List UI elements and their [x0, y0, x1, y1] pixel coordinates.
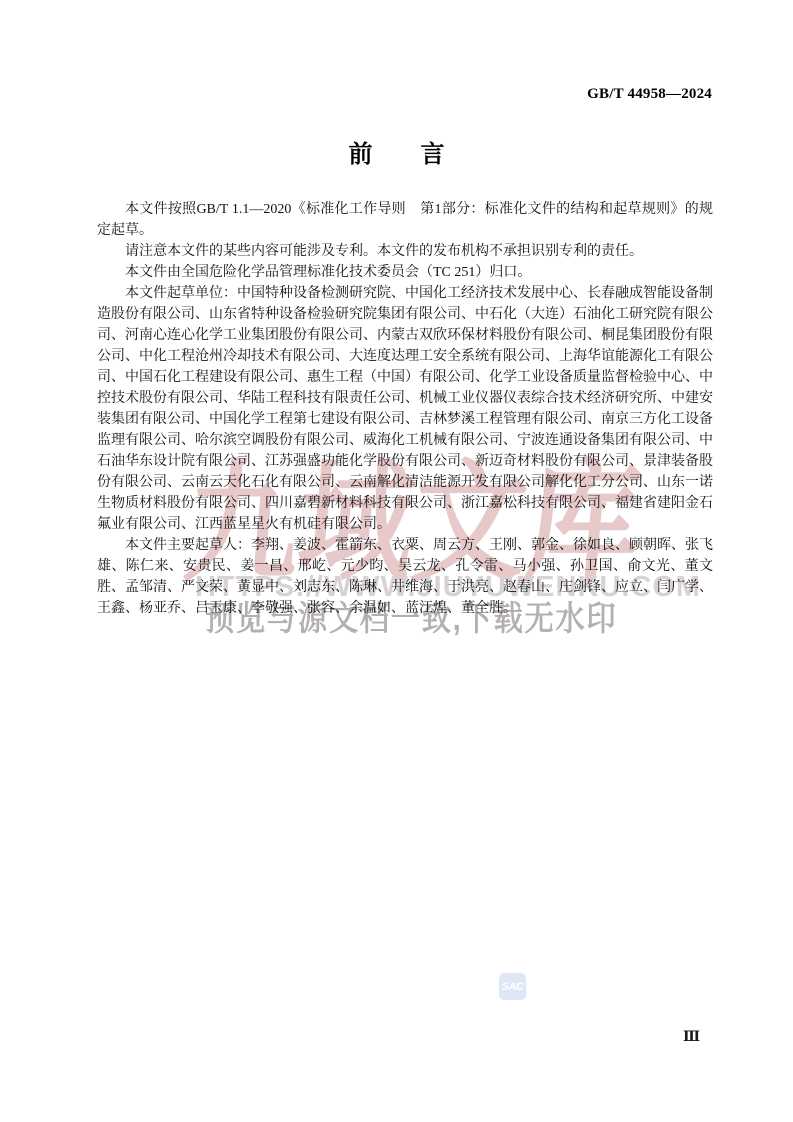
paragraph-committee: 本文件由全国危险化学品管理标准化技术委员会（TC 251）归口。	[97, 262, 713, 283]
foreword-body: 本文件按照GB/T 1.1—2020《标准化工作导则 第1部分：标准化文件的结构…	[97, 199, 713, 619]
paragraph-drafting-organizations: 本文件起草单位：中国特种设备检测研究院、中国化工经济技术发展中心、长春融成智能设…	[97, 283, 713, 535]
standard-number: GB/T 44958—2024	[587, 86, 712, 103]
sac-logo: SAC	[499, 973, 526, 1000]
page-number: Ⅲ	[683, 1029, 700, 1046]
page-title: 前 言	[0, 134, 793, 169]
sac-logo-label: SAC	[502, 981, 524, 993]
document-page: 九域文库 HTTPS://WWW.JIUYUWENKU.COM 预览与源文档一致…	[0, 0, 793, 1122]
paragraph-drafting-rules: 本文件按照GB/T 1.1—2020《标准化工作导则 第1部分：标准化文件的结构…	[97, 199, 713, 241]
paragraph-patent-notice: 请注意本文件的某些内容可能涉及专利。本文件的发布机构不承担识别专利的责任。	[97, 241, 713, 262]
paragraph-main-drafters: 本文件主要起草人：李翔、姜波、霍箭东、衣粟、周云方、王刚、郭金、徐如良、顾朝晖、…	[97, 535, 713, 619]
